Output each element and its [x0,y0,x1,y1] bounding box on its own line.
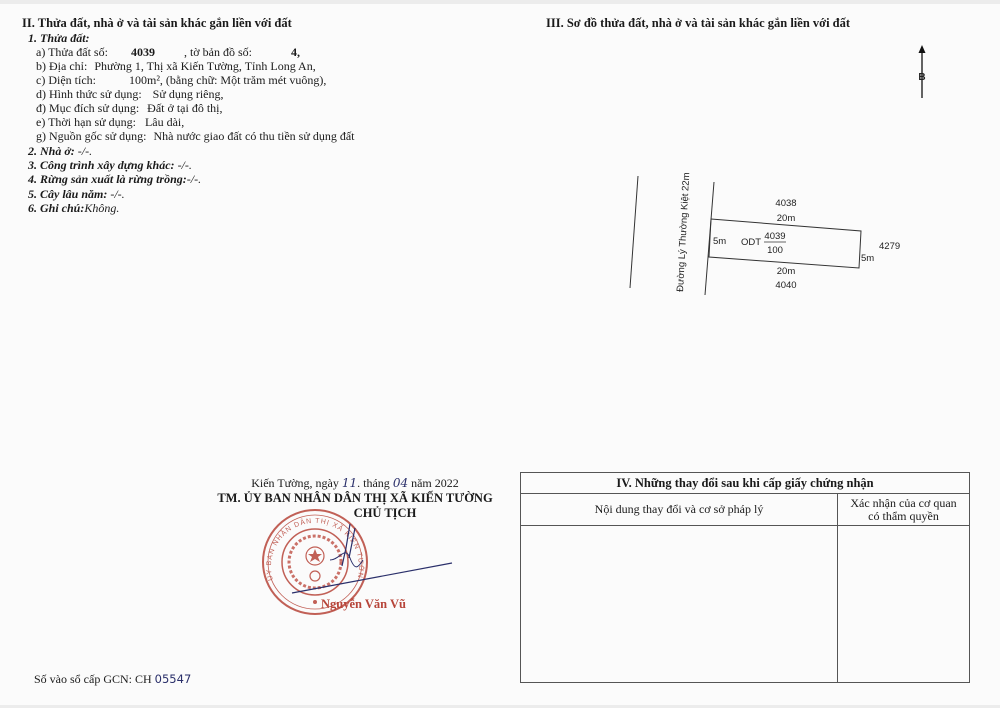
parcel-outline [709,219,861,268]
road-edge-west [630,176,638,288]
signer-name: Nguyễn Văn Vũ [321,597,406,612]
issue-month: 04 [393,476,408,490]
issue-day: 11 [342,476,357,490]
confirm-line-2: có thẩm quyền [838,510,969,523]
confirmation-cell [838,526,970,683]
edge-left-length: 5m [713,236,726,247]
column-header-content: Nội dung thay đổi và cơ sở pháp lý [521,494,838,526]
issue-date: Kiến Tường, ngày 11. tháng 04 năm 2022 [210,476,500,491]
date-prefix: Kiến Tường, ngày [251,476,339,490]
neighbor-north: 4038 [775,198,796,209]
signature-block: Kiến Tường, ngày 11. tháng 04 năm 2022 T… [210,476,500,521]
road-label: Đường Lý Thường Kiệt 22m [675,172,692,292]
signer-title: CHỦ TỊCH [270,506,500,521]
registry-label: Số vào sổ cấp GCN: CH [34,672,152,686]
parcel-code: ODT [741,237,761,248]
north-arrow-icon: B [918,45,925,98]
section-iv-title: IV. Những thay đổi sau khi cấp giấy chứn… [521,473,970,494]
confirm-line-1: Xác nhận của cơ quan [838,497,969,510]
official-stamp-icon: ỦY BAN NHÂN DÂN THỊ XÃ KIẾN TƯỜNG · T. L… [0,0,367,614]
neighbor-south: 4040 [775,280,796,291]
month-label: tháng [363,476,390,490]
change-content-cell [521,526,838,683]
registry-number: 05547 [155,672,192,686]
changes-table: IV. Những thay đổi sau khi cấp giấy chứn… [520,472,970,683]
year-label: năm 2022 [411,476,459,490]
parcel-area-diagram: 100 [767,245,783,256]
parcel-number-diagram: 4039 [764,231,785,242]
edge-right-length: 5m [861,253,874,264]
column-header-confirmation: Xác nhận của cơ quan có thẩm quyền [838,494,970,526]
edge-top-length: 20m [777,213,796,224]
edge-bottom-length: 20m [777,266,796,277]
certificate-registry-number: Số vào sổ cấp GCN: CH 05547 [34,672,191,687]
north-label: B [918,72,925,83]
issuing-organization: TM. ỦY BAN NHÂN DÂN THỊ XÃ KIẾN TƯỜNG [210,491,500,506]
neighbor-east: 4279 [879,241,900,252]
